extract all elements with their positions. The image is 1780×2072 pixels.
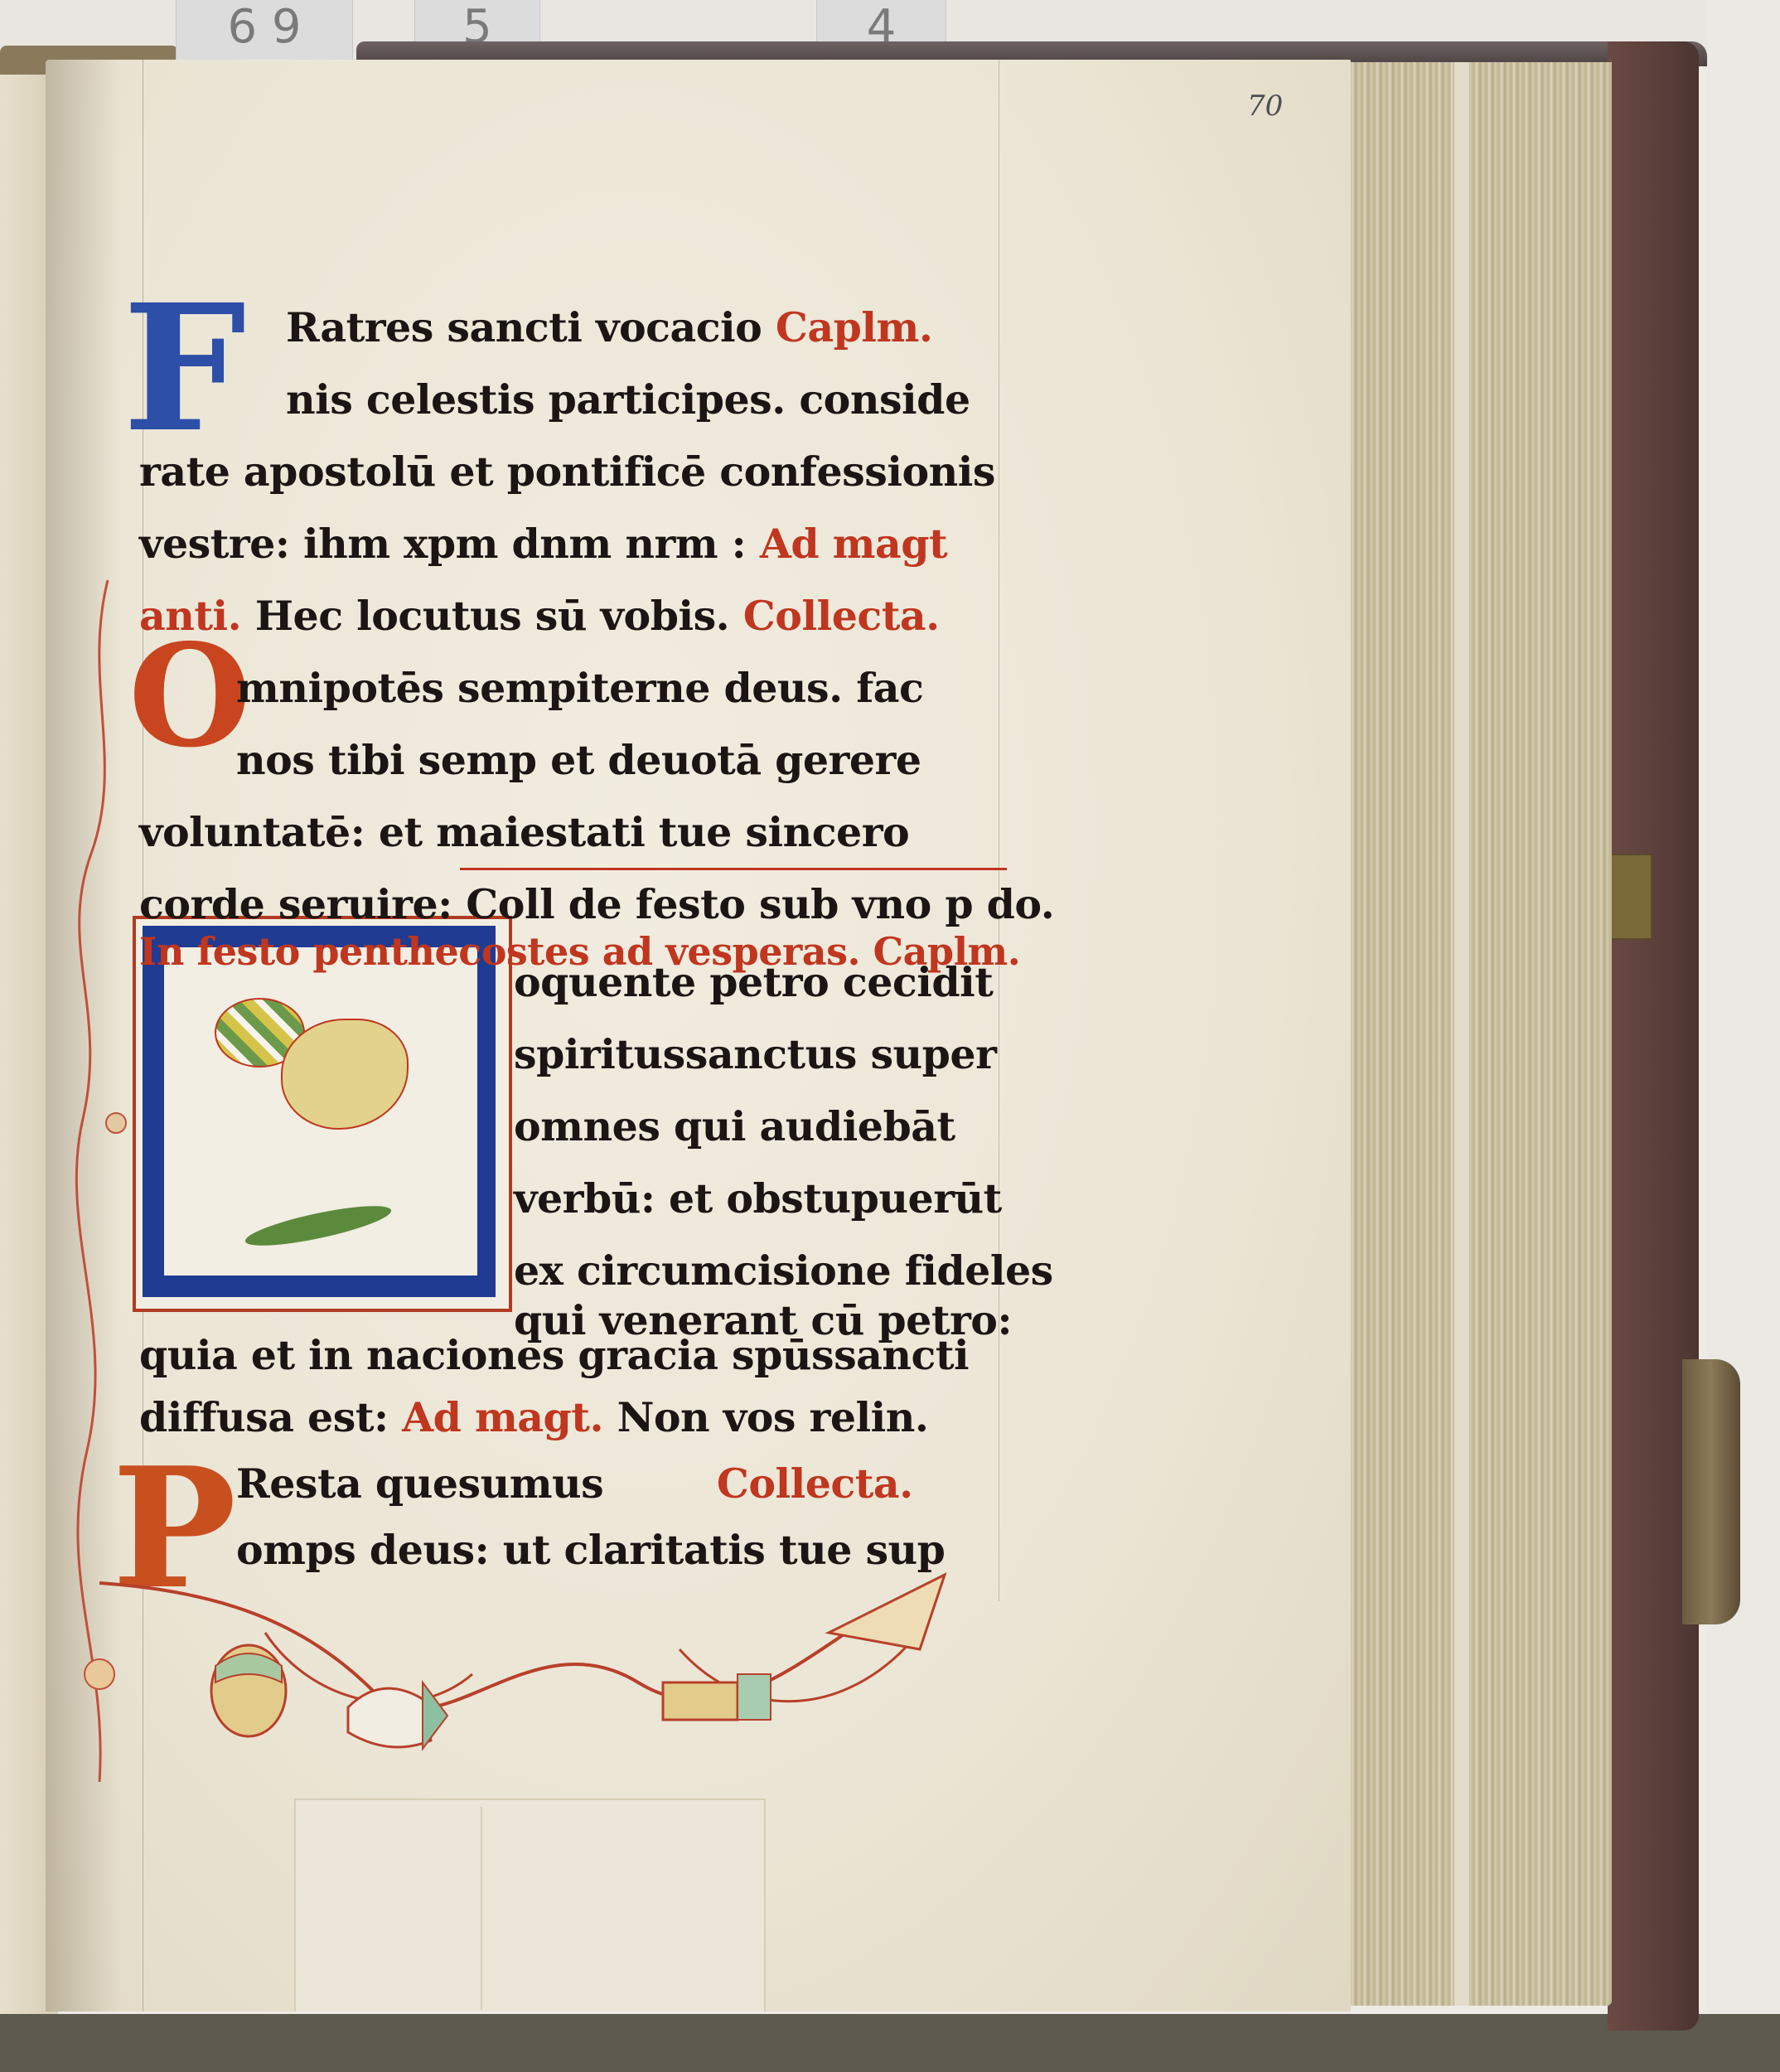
ruling-line-right xyxy=(999,60,999,1601)
line-text: corde seruire: Coll de festo sub vno p d… xyxy=(139,880,1054,928)
clasp-strap xyxy=(1682,1359,1740,1624)
line-text: voluntatē: et maiestati tue sincero xyxy=(139,808,909,856)
parchment-repair-patch xyxy=(294,1798,766,2011)
text-line: Ratres sancti vocacio Caplm. xyxy=(286,298,932,356)
rubric-text: Ad magt xyxy=(760,520,947,568)
bas-de-page-vine-border xyxy=(99,1558,1011,1774)
folio-number: 70 xyxy=(1247,90,1283,123)
line-text: rate apostolū et pontificē confessionis xyxy=(139,448,995,496)
line-text: nos tibi semp et deuotā gerere xyxy=(236,736,921,784)
line-text-suffix: Non vos relin. xyxy=(617,1393,929,1441)
rubric-text: Ad magt. xyxy=(402,1393,603,1441)
line-text: diffusa est: xyxy=(139,1393,389,1441)
text-line: nos tibi semp et deuotā gerere xyxy=(236,731,921,789)
line-text: vestre: ihm xpm dnm nrm : xyxy=(139,520,746,568)
line-text: spiritussanctus super xyxy=(514,1030,996,1078)
text-line: diffusa est: Ad magt. Non vos relin. xyxy=(139,1388,928,1446)
text-line: mnipotēs sempiterne deus. fac xyxy=(236,659,923,717)
binding-cover-right xyxy=(1608,41,1699,2031)
text-line: rate apostolū et pontificē confessionis xyxy=(139,443,995,501)
photo-backdrop-right xyxy=(1707,0,1780,2072)
rubric-prefix: anti. xyxy=(139,592,241,640)
text-line: oquente petro cecidit xyxy=(514,953,993,1011)
line-text: Ratres sancti vocacio xyxy=(286,303,762,351)
line-text: Hec locutus sū vobis. xyxy=(255,592,729,640)
text-block-fore-edge xyxy=(1347,62,1612,2006)
text-line: verbū: et obstupuerūt xyxy=(514,1169,1002,1227)
text-line: Resta quesumus Collecta. xyxy=(236,1455,913,1513)
line-text: quia et in naciones gracia spūssancti xyxy=(139,1331,969,1379)
text-line: omnes qui audiebāt xyxy=(514,1097,955,1155)
text-line: anti. Hec locutus sū vobis. Collecta. xyxy=(139,587,940,645)
patch-seam xyxy=(481,1807,482,2010)
text-line: quia et in naciones gracia spūssancti xyxy=(139,1326,969,1384)
line-text: ex circumcisione fideles xyxy=(514,1247,1053,1295)
text-line: nis celestis participes. conside xyxy=(286,370,970,428)
text-line: vestre: ihm xpm dnm nrm : Ad magt xyxy=(139,515,947,573)
line-text: omnes qui audiebāt xyxy=(514,1102,955,1150)
rubric-underline xyxy=(460,868,1007,870)
rubric-text: Collecta. xyxy=(743,592,940,640)
page-edge-gap xyxy=(1454,62,1469,2006)
initial-red-o: O xyxy=(128,626,251,767)
photo-backdrop-bottom xyxy=(0,2014,1780,2072)
line-text: verbū: et obstupuerūt xyxy=(514,1174,1002,1222)
line-text: omps deus: ut claritatis tue sup xyxy=(236,1526,945,1574)
text-line: spiritussanctus super xyxy=(514,1025,996,1083)
line-text: mnipotēs sempiterne deus. fac xyxy=(236,664,923,712)
paper-slip-tab: 6 9 xyxy=(176,0,353,62)
line-text: Resta quesumus xyxy=(236,1460,603,1508)
initial-blue-f: F xyxy=(123,282,246,456)
text-line: voluntatē: et maiestati tue sincero xyxy=(139,803,909,861)
line-text: oquente petro cecidit xyxy=(514,958,993,1006)
tab-label: 6 9 xyxy=(227,0,301,54)
rubric-text: Collecta. xyxy=(717,1460,913,1508)
rubric-text: Caplm. xyxy=(776,303,933,351)
line-text: nis celestis participes. conside xyxy=(286,375,970,424)
text-line: omps deus: ut claritatis tue sup xyxy=(236,1521,945,1579)
